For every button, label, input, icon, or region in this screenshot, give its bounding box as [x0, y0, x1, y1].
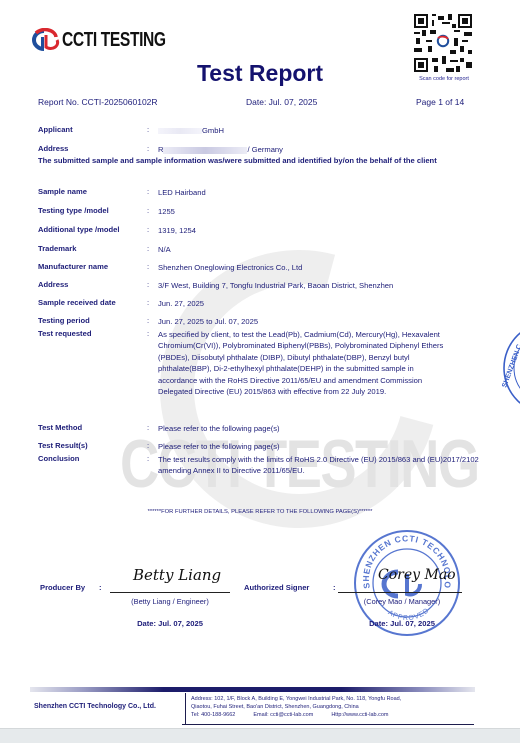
signer-signature-line: [338, 592, 462, 593]
field-label: Test requested: [38, 329, 91, 338]
field-label: Trademark: [38, 244, 76, 253]
signer-date: Date: Jul. 07, 2025: [340, 619, 464, 628]
field-value: As specified by client, to test the Lead…: [158, 329, 453, 397]
field-value: N/A: [158, 244, 478, 255]
field-label: Test Result(s): [38, 441, 88, 450]
field-label: Address: [38, 280, 68, 289]
field-colon: :: [147, 125, 149, 134]
producer-signature: Betty Liang: [133, 566, 221, 584]
field-value: LED Hairband: [158, 187, 478, 198]
producer-date: Date: Jul. 07, 2025: [110, 619, 230, 628]
field-value: 1319, 1254: [158, 225, 478, 236]
field-label: Applicant: [38, 125, 73, 134]
qr-caption: Scan code for report: [408, 76, 480, 82]
signer-signature: Corey Mao: [378, 567, 456, 583]
field-value: Jun. 27, 2025: [158, 298, 478, 309]
field-colon: :: [147, 187, 149, 196]
footer-email[interactable]: Email: ccti@ccti-lab.com: [253, 712, 313, 718]
field-colon: :: [147, 280, 149, 289]
footer-underline: [182, 724, 474, 725]
field-colon: :: [147, 144, 149, 153]
field-label: Testing type /model: [38, 206, 109, 215]
field-label: Conclusion: [38, 454, 79, 463]
field-value: R/ Germany: [158, 144, 478, 155]
footer-gradient-bar: [30, 687, 475, 692]
field-value: 1255: [158, 206, 478, 217]
page-indicator: Page 1 of 14: [416, 97, 464, 107]
report-date: Date: Jul. 07, 2025: [246, 97, 317, 107]
field-value: Jun. 27, 2025 to Jul. 07, 2025: [158, 316, 478, 327]
field-value: Shenzhen Oneglowing Electronics Co., Ltd: [158, 262, 478, 273]
field-colon: :: [147, 316, 149, 325]
field-label: Manufacturer name: [38, 262, 108, 271]
footer-contact: Address: 102, 1/F, Block A, Building E, …: [191, 695, 401, 719]
page-edge-stamp-icon: SHENZHEN C: [498, 318, 520, 418]
footer-address-line1: Address: 102, 1/F, Block A, Building E, …: [191, 695, 401, 703]
submission-notice: The submitted sample and sample informat…: [38, 156, 478, 166]
report-number: Report No. CCTI-2025060102R: [38, 97, 158, 107]
further-details-note: ******FOR FURTHER DETAILS, PLEASE REFER …: [0, 509, 520, 515]
field-label: Sample received date: [38, 298, 116, 307]
field-label: Testing period: [38, 316, 90, 325]
producer-name: (Betty Liang / Engineer): [110, 597, 230, 606]
producer-signature-line: [110, 592, 230, 593]
producer-colon: :: [99, 583, 102, 592]
field-value: Please refer to the following page(s): [158, 423, 478, 434]
field-colon: :: [147, 441, 149, 450]
qr-code-icon[interactable]: [414, 14, 472, 72]
field-label: Test Method: [38, 423, 82, 432]
footer-address-line2: Qiaotou, Fuhai Street, Bao'an District, …: [191, 703, 401, 711]
field-colon: :: [147, 206, 149, 215]
field-colon: :: [147, 423, 149, 432]
field-label: Sample name: [38, 187, 87, 196]
field-value: GmbH: [158, 125, 478, 136]
ccti-logo-icon: [30, 28, 60, 52]
field-colon: :: [147, 262, 149, 271]
field-value: The test results comply with the limits …: [158, 454, 488, 477]
signer-name: (Corey Mao / Manager): [340, 597, 464, 606]
field-colon: :: [147, 225, 149, 234]
footer-tel: Tel: 400-188-9662: [191, 712, 235, 718]
report-page: CCTI TESTING CCTI TESTING Test Report: [0, 0, 520, 728]
signer-label: Authorized Signer: [244, 583, 309, 592]
logo-text: CCTI TESTING: [62, 29, 166, 52]
viewer-bottom-strip: [0, 728, 520, 743]
redacted-text: [163, 147, 247, 154]
field-value: 3/F West, Building 7, Tongfu Industrial …: [158, 280, 478, 291]
field-value: Please refer to the following page(s): [158, 441, 478, 452]
field-colon: :: [147, 244, 149, 253]
footer-company: Shenzhen CCTI Technology Co., Ltd.: [34, 703, 156, 710]
redacted-text: [158, 128, 202, 134]
field-colon: :: [147, 298, 149, 307]
company-logo: CCTI TESTING: [30, 28, 195, 52]
footer-divider: [185, 693, 186, 725]
field-label: Additional type /model: [38, 225, 119, 234]
field-colon: :: [147, 329, 149, 338]
field-colon: :: [147, 454, 149, 463]
footer-website[interactable]: Http://www.ccti-lab.com: [331, 712, 388, 718]
field-label: Address: [38, 144, 68, 153]
producer-label: Producer By: [40, 583, 85, 592]
signer-colon: :: [333, 583, 336, 592]
